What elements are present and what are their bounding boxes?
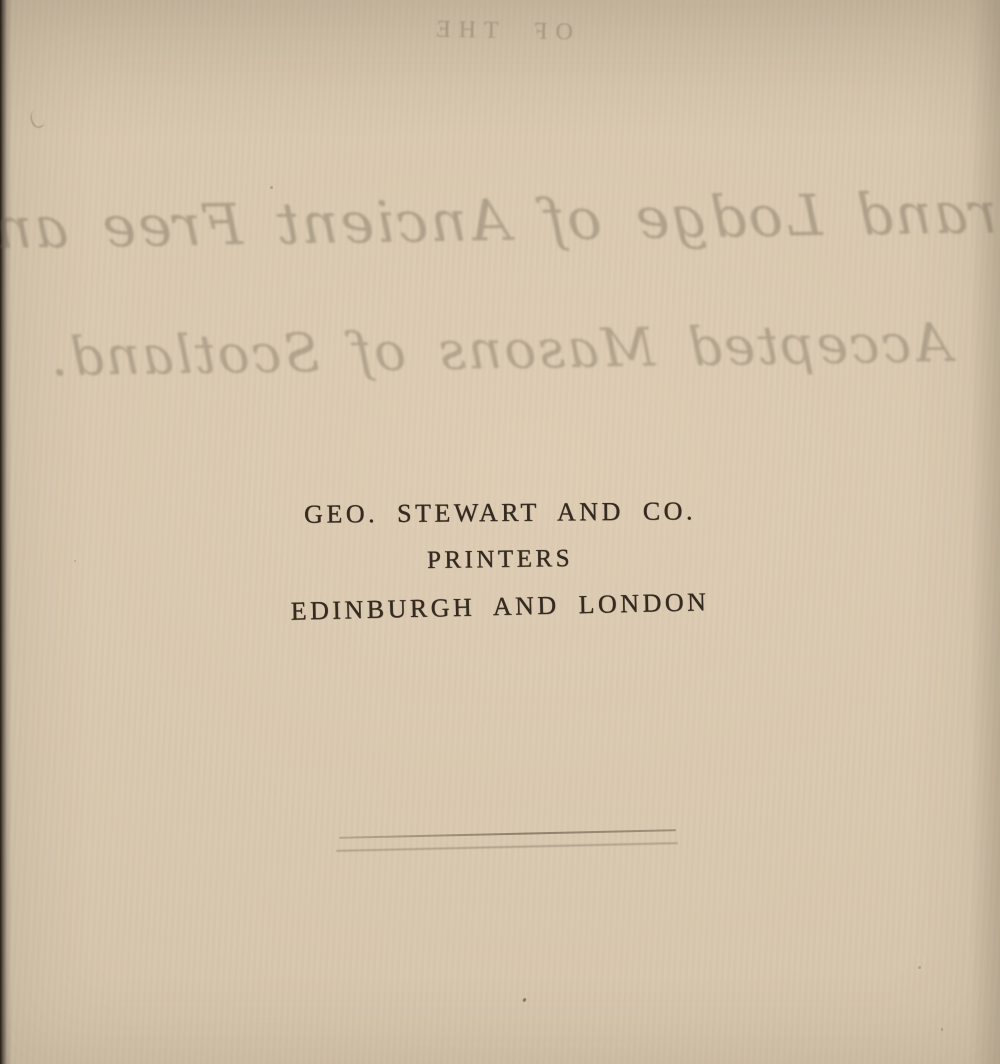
showthrough-title-line1-text: Grand Lodge of Ancient Free and bbox=[0, 179, 1000, 262]
showthrough-title-line1: Grand Lodge of Ancient Free and bbox=[0, 179, 1000, 262]
paper-speck bbox=[941, 1028, 943, 1031]
showthrough-title-line2-text: Accepted Masons of Scotland. bbox=[48, 313, 951, 388]
showthrough-title-line2: Accepted Masons of Scotland. bbox=[0, 312, 1000, 389]
paper-speck bbox=[918, 966, 921, 969]
printer-imprint: GEO. STEWART AND CO. PRINTERS EDINBURGH … bbox=[0, 489, 1000, 630]
top-lighting-shade bbox=[0, 0, 1000, 140]
paper-speck bbox=[522, 998, 527, 1003]
showthrough-rule-top bbox=[339, 829, 676, 839]
paper-speck bbox=[270, 186, 273, 189]
showthrough-rule-bottom bbox=[336, 842, 678, 852]
book-page-photo: OF THE Grand Lodge of Ancient Free and A… bbox=[0, 0, 1000, 1064]
paper-speck bbox=[74, 560, 76, 562]
